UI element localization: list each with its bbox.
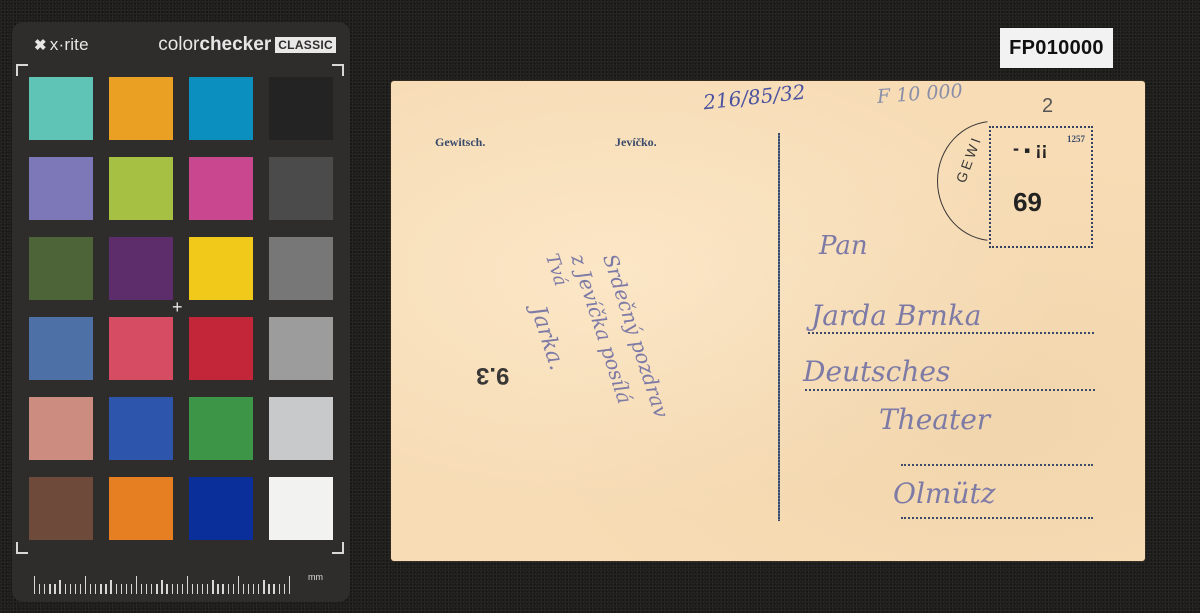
xrite-logo-icon: ✖ bbox=[34, 36, 47, 54]
color-patch bbox=[189, 317, 253, 380]
color-patch bbox=[189, 477, 253, 540]
ruler-tick bbox=[151, 584, 152, 594]
corner-mark-icon bbox=[16, 64, 28, 76]
color-patch bbox=[109, 77, 173, 140]
archive-number: 216/85/32 bbox=[702, 80, 807, 115]
ruler-tick bbox=[59, 580, 60, 594]
ruler-tick bbox=[44, 584, 45, 594]
color-patch bbox=[269, 77, 333, 140]
ruler-tick bbox=[222, 584, 223, 594]
ruler-tick bbox=[253, 584, 254, 594]
ruler-tick bbox=[39, 584, 40, 594]
color-patch bbox=[29, 77, 93, 140]
color-patch bbox=[269, 397, 333, 460]
printed-label-jevicko: Jevíčko. bbox=[615, 135, 657, 150]
ruler-tick bbox=[116, 584, 117, 594]
color-patch bbox=[189, 157, 253, 220]
ruler-tick bbox=[217, 584, 218, 594]
color-patch bbox=[109, 157, 173, 220]
ruler-tick bbox=[141, 584, 142, 594]
ruler-tick bbox=[228, 584, 229, 594]
crosshair-icon: + bbox=[172, 298, 183, 316]
printed-label-gewitsch: Gewitsch. bbox=[435, 135, 485, 150]
ruler-unit-label: mm bbox=[308, 572, 323, 582]
color-patch bbox=[29, 317, 93, 380]
stamp-marks: !! ▪ - bbox=[1013, 140, 1047, 161]
message-line-3: Tvá bbox=[541, 251, 571, 289]
product-name-bold: checker bbox=[199, 34, 271, 56]
address-line-1 bbox=[808, 332, 1094, 334]
color-patch bbox=[29, 397, 93, 460]
ruler-tick bbox=[212, 580, 213, 594]
address-divider-line bbox=[778, 133, 780, 521]
ruler-tick bbox=[54, 584, 55, 594]
color-patch bbox=[109, 477, 173, 540]
ruler-tick bbox=[121, 584, 122, 594]
stamp-code: 1257 bbox=[1067, 134, 1085, 144]
product-badge: CLASSIC bbox=[275, 37, 336, 53]
rotated-number: 9.3 bbox=[476, 361, 509, 389]
ruler-tick bbox=[273, 584, 274, 594]
ruler-tick bbox=[289, 576, 290, 594]
color-patch bbox=[109, 237, 173, 300]
archive-id-label: FP010000 bbox=[1000, 28, 1113, 68]
ruler-tick bbox=[49, 584, 50, 594]
color-patch bbox=[269, 477, 333, 540]
ruler-tick bbox=[172, 584, 173, 594]
corner-number: 2 bbox=[1042, 95, 1053, 118]
ruler-tick bbox=[279, 584, 280, 594]
ruler-tick bbox=[136, 576, 137, 594]
postcard-back: Gewitsch. Jevíčko. 216/85/32 F 10 000 2 … bbox=[391, 81, 1145, 561]
brand-name: x·rite bbox=[50, 35, 89, 55]
address-line-2 bbox=[805, 389, 1095, 391]
product-name: color checker CLASSIC bbox=[158, 34, 336, 56]
ruler-tick bbox=[243, 584, 244, 594]
ruler-tick bbox=[207, 584, 208, 594]
ruler-tick bbox=[80, 584, 81, 594]
color-patch bbox=[189, 237, 253, 300]
color-patch bbox=[269, 157, 333, 220]
ruler-tick bbox=[34, 576, 35, 594]
ruler-tick bbox=[75, 584, 76, 594]
ruler-tick bbox=[192, 584, 193, 594]
ruler-tick bbox=[90, 584, 91, 594]
ruler-tick bbox=[85, 576, 86, 594]
address-salutation: Pan bbox=[819, 231, 868, 261]
mm-ruler bbox=[34, 572, 294, 594]
ruler-tick bbox=[166, 584, 167, 594]
ruler-tick bbox=[131, 584, 132, 594]
ruler-tick bbox=[182, 584, 183, 594]
ruler-tick bbox=[105, 584, 106, 594]
ruler-tick bbox=[202, 584, 203, 594]
ruler-tick bbox=[284, 584, 285, 594]
ruler-tick bbox=[187, 576, 188, 594]
color-patch bbox=[189, 77, 253, 140]
address-line-4 bbox=[901, 517, 1093, 519]
corner-mark-icon bbox=[332, 542, 344, 554]
ruler-tick bbox=[263, 580, 264, 594]
ruler-tick bbox=[70, 584, 71, 594]
message-signature: Jarka. bbox=[525, 303, 569, 373]
stamp-box: 1257 !! ▪ - 69 bbox=[989, 126, 1093, 248]
color-patch bbox=[269, 317, 333, 380]
ruler-tick bbox=[65, 584, 66, 594]
ruler-tick bbox=[248, 584, 249, 594]
ruler-tick bbox=[268, 584, 269, 594]
color-patch bbox=[189, 397, 253, 460]
ruler-tick bbox=[238, 576, 239, 594]
color-patch bbox=[109, 317, 173, 380]
color-patch bbox=[269, 237, 333, 300]
ruler-tick bbox=[146, 584, 147, 594]
ruler-tick bbox=[161, 580, 162, 594]
corner-mark-icon bbox=[332, 64, 344, 76]
ruler-tick bbox=[100, 584, 101, 594]
corner-mark-icon bbox=[16, 542, 28, 554]
ruler-tick bbox=[197, 584, 198, 594]
ruler-tick bbox=[156, 584, 157, 594]
color-patch bbox=[109, 397, 173, 460]
address-line-3 bbox=[901, 464, 1093, 466]
address-city: Olmütz bbox=[893, 477, 996, 510]
color-checker-card: ✖ x·rite color checker CLASSIC + mm bbox=[12, 22, 350, 602]
ruler-tick bbox=[95, 584, 96, 594]
xrite-logo: ✖ x·rite bbox=[34, 35, 89, 55]
ruler-tick bbox=[258, 584, 259, 594]
product-name-light: color bbox=[158, 34, 199, 56]
color-patch bbox=[29, 477, 93, 540]
address-name: Jarda Brnka bbox=[811, 299, 981, 332]
ruler-tick bbox=[110, 580, 111, 594]
ruler-tick bbox=[233, 584, 234, 594]
color-patch bbox=[29, 157, 93, 220]
color-patch bbox=[29, 237, 93, 300]
address-line2-text: Theater bbox=[879, 403, 990, 436]
ruler-tick bbox=[177, 584, 178, 594]
ruler-tick bbox=[126, 584, 127, 594]
address-line1-text: Deutsches bbox=[803, 355, 950, 388]
stamp-number: 69 bbox=[1013, 186, 1042, 217]
reference-number: F 10 000 bbox=[876, 80, 963, 108]
